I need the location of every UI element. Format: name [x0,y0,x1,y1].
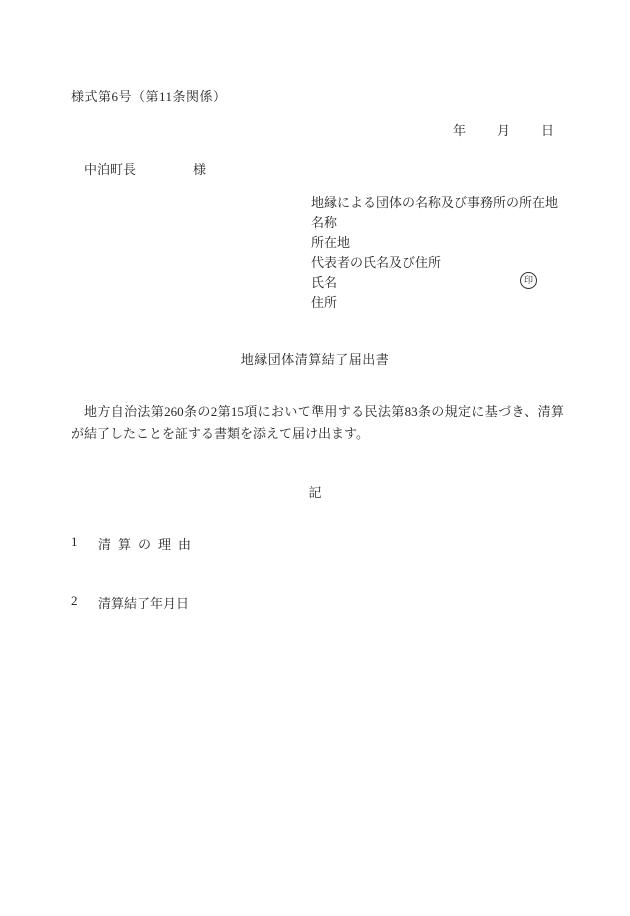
list-item-1: 1 清算の理由 [71,534,198,553]
sender-location-label: 所在地 [311,233,558,253]
seal-icon: 印 [520,272,537,289]
item-1-number: 1 [71,534,98,553]
body-paragraph: 地方自治法第260条の2第15項において準用する民法第83条の規定に基づき、清算… [71,401,564,444]
item-2-number: 2 [71,593,98,612]
form-number: 様式第6号（第11条関係） [71,86,227,105]
date-month-label: 月 [497,120,510,139]
document-page: 様式第6号（第11条関係） 年 月 日 中泊町長 様 地縁による団体の名称及び事… [0,0,630,916]
section-marker: 記 [0,482,630,501]
addressee-name: 中泊町長 [84,159,136,178]
sender-representative-heading: 代表者の氏名及び住所 [311,253,558,273]
date-day-label: 日 [541,120,554,139]
sender-block: 地縁による団体の名称及び事務所の所在地 名称 所在地 代表者の氏名及び住所 氏名… [311,193,558,313]
date-year-label: 年 [453,120,466,139]
addressee-honorific: 様 [193,159,206,178]
page-title: 地縁団体清算結了届出書 [0,349,630,368]
item-1-label: 清算の理由 [98,534,198,553]
list-item-2: 2 清算結了年月日 [71,593,189,612]
sender-representative-address-label: 住所 [311,293,558,313]
date-line: 年 月 日 [453,120,554,139]
item-2-label: 清算結了年月日 [98,593,189,612]
addressee-line: 中泊町長 様 [84,159,206,178]
sender-name-label: 名称 [311,213,558,233]
sender-heading: 地縁による団体の名称及び事務所の所在地 [311,193,558,213]
